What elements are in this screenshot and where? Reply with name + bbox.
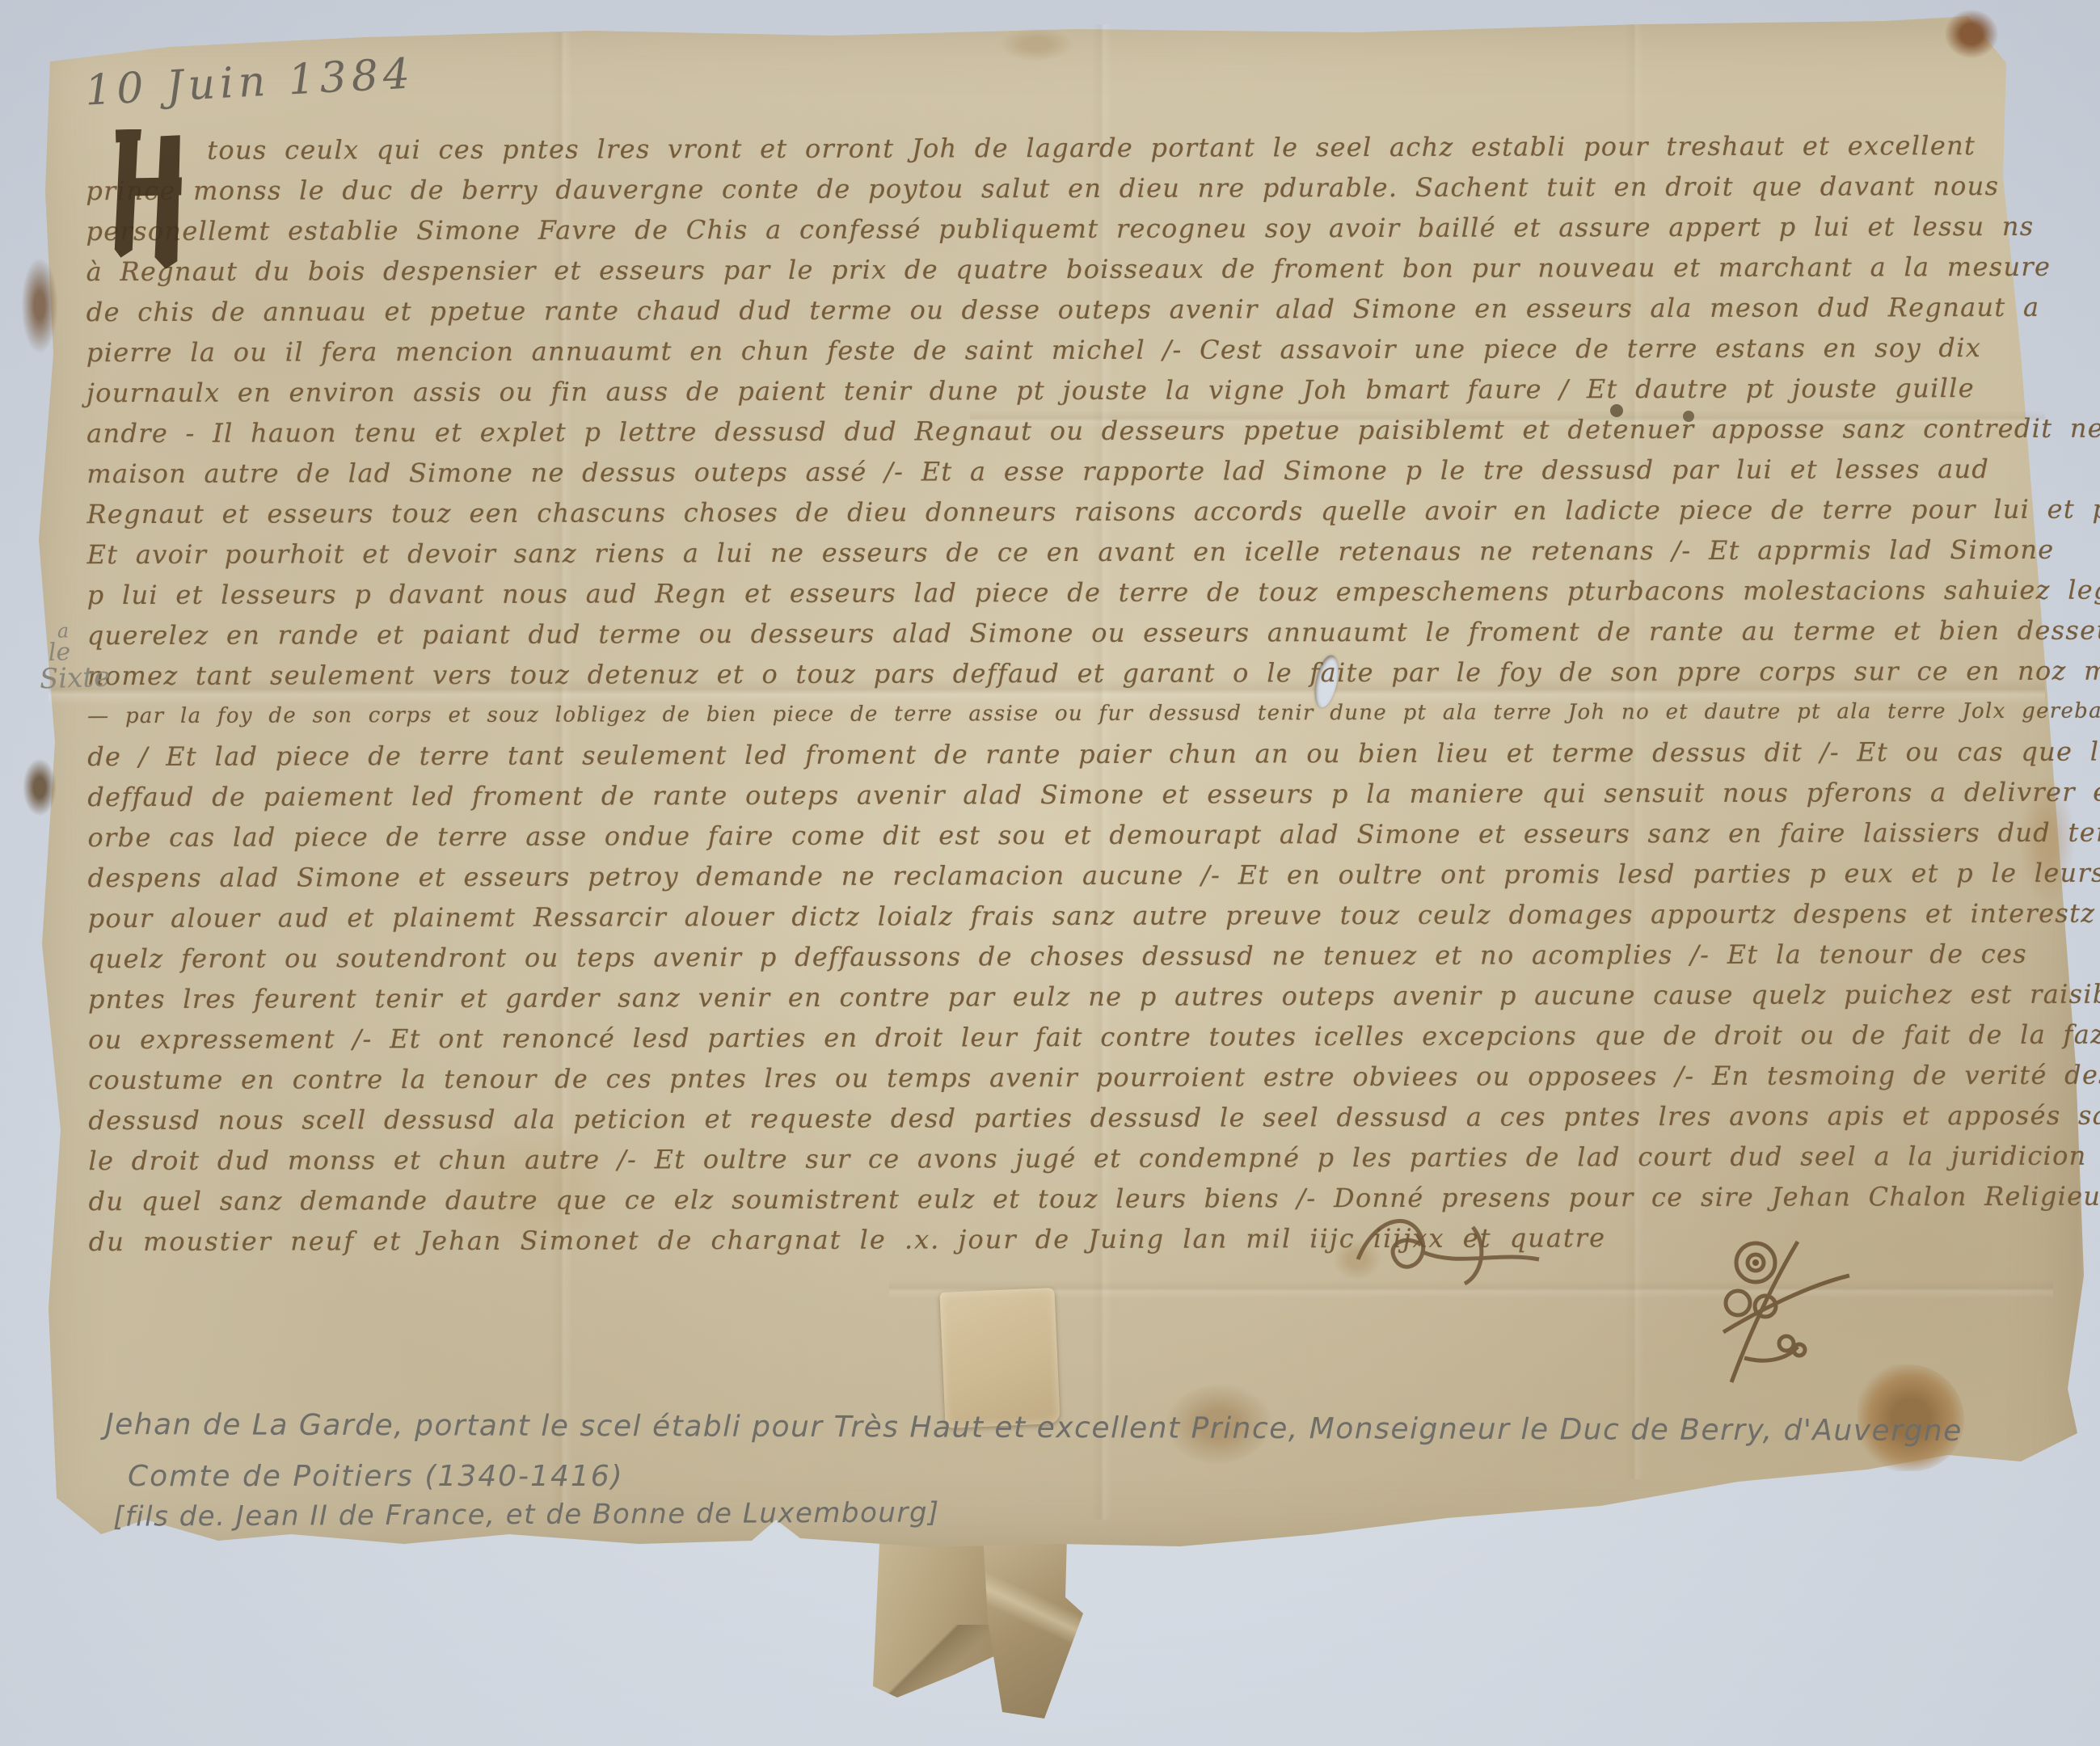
caption-line-3: [fils de. Jean II de France, et de Bonne… bbox=[113, 1496, 940, 1533]
manuscript-line: quelz feront ou soutendront ou teps aven… bbox=[88, 934, 2044, 979]
photo-of-parchment-charter: 10 Juin 1384 tous ceulx qui ces pntes lr… bbox=[0, 0, 2100, 1746]
manuscript-line: le droit dud monss et chun autre /- Et o… bbox=[88, 1136, 2044, 1181]
manuscript-line: pour alouer aud et plainemt Ressarcir al… bbox=[88, 893, 2044, 938]
manuscript-line: deffaud de paiement led froment de rante… bbox=[87, 772, 2043, 817]
manuscript-line: prince monss le duc de berry dauvergne c… bbox=[86, 166, 2042, 211]
manuscript-line: p lui et lesseurs p davant nous aud Regn… bbox=[87, 570, 2043, 615]
line-end-flourish bbox=[1352, 1203, 1545, 1292]
manuscript-line: du quel sanz demande dautre que ce elz s… bbox=[89, 1176, 2045, 1221]
manuscript-line: maison autre de lad Simone ne dessus out… bbox=[86, 449, 2043, 494]
margin-note-line: Sixte bbox=[39, 663, 110, 693]
manuscript-line: nomez tant seulement vers touz detenuz e… bbox=[87, 651, 2043, 696]
manuscript-line: orbe cas lad piece de terre asse ondue f… bbox=[87, 812, 2043, 858]
manuscript-line: pierre la ou il fera mencion annuaumt en… bbox=[86, 327, 2043, 373]
manuscript-line: querelez en rande et paiant dud terme ou… bbox=[87, 610, 2043, 656]
manuscript-line: coustume en contre la tenour de ces pnte… bbox=[88, 1055, 2044, 1100]
manuscript-line: de / Et lad piece de terre tant seulemen… bbox=[87, 732, 2043, 777]
manuscript-line: ou expressement /- Et ont renoncé lesd p… bbox=[88, 1014, 2044, 1060]
repair-patch bbox=[939, 1288, 1060, 1428]
caption-line-2: Comte de Poitiers (1340-1416) bbox=[128, 1460, 624, 1493]
manuscript-line: andre - Il hauon tenu et explet p lettre… bbox=[86, 408, 2043, 453]
manuscript-line: de chis de annuau et ppetue rante chaud … bbox=[86, 287, 2043, 332]
manuscript-line: despens alad Simone et esseurs petroy de… bbox=[88, 853, 2044, 898]
manuscript-line: — par la foy de son corps et souz loblig… bbox=[87, 691, 2043, 736]
margin-note: a le Sixte bbox=[37, 620, 110, 694]
manuscript-text: tous ceulx qui ces pntes lres vront et o… bbox=[86, 125, 2045, 1262]
manuscript-line: Regnaut et esseurs touz een chascuns cho… bbox=[86, 489, 2043, 534]
manuscript-line: personellemt establie Simone Favre de Ch… bbox=[86, 206, 2042, 251]
manuscript-line: tous ceulx qui ces pntes lres vront et o… bbox=[86, 125, 2042, 171]
manuscript-line: à Regnaut du bois despensier et esseurs … bbox=[86, 247, 2043, 292]
manuscript-line: journaulx en environ assis ou fin auss d… bbox=[86, 368, 2043, 413]
manuscript-line: Et avoir pourhoit et devoir sanz riens a… bbox=[86, 529, 2043, 575]
caption-line-1: Jehan de La Garde, portant le scel établ… bbox=[105, 1408, 1963, 1448]
notarial-paraph-mark bbox=[1720, 1229, 1874, 1390]
manuscript-line: pntes lres feurent tenir et garder sanz … bbox=[88, 974, 2044, 1019]
manuscript-line: dessusd nous scell dessusd ala peticion … bbox=[88, 1095, 2044, 1141]
decorated-initial bbox=[112, 129, 189, 268]
